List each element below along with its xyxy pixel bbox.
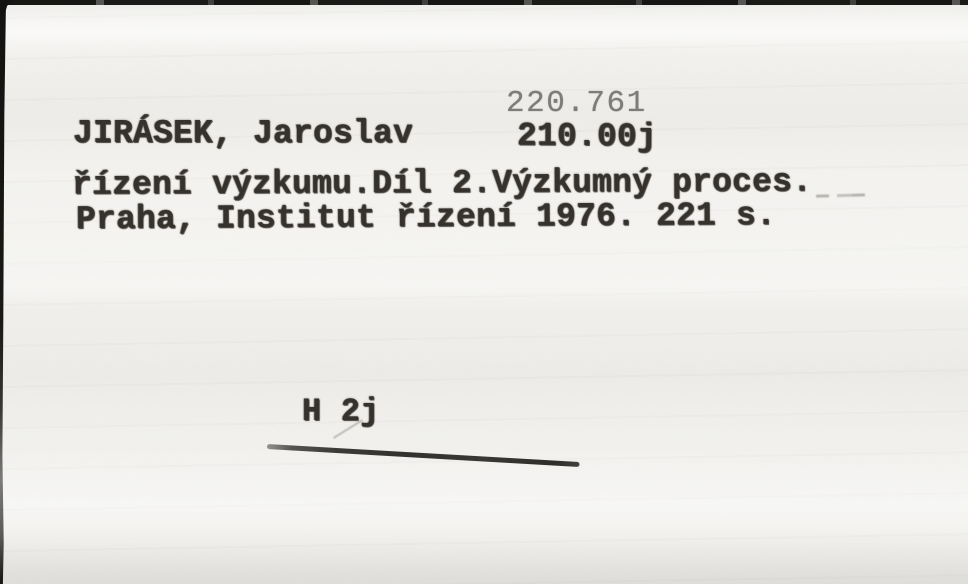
catalog-card-scan: 220.761 JIRÁSEK, Jaroslav 210.00j řízení…	[0, 0, 968, 584]
typewriter-dash-trail	[816, 193, 868, 197]
paper-grain-texture	[0, 0, 968, 584]
imprint-line: Praha, Institut řízení 1976. 221 s.	[76, 199, 776, 236]
call-number-lower: 210.00j	[517, 120, 657, 154]
author-heading: JIRÁSEK, Jaroslav	[73, 117, 413, 150]
scan-streaks-overlay	[0, 0, 968, 584]
shelf-mark: H 2j	[302, 396, 380, 428]
scan-edge-top	[0, 0, 968, 5]
pen-underline	[267, 444, 580, 467]
title-line: řízení výzkumu.Díl 2.Výzkumný proces.	[72, 165, 812, 201]
scan-edge-left	[0, 0, 6, 584]
call-number-upper: 220.761	[506, 88, 647, 119]
